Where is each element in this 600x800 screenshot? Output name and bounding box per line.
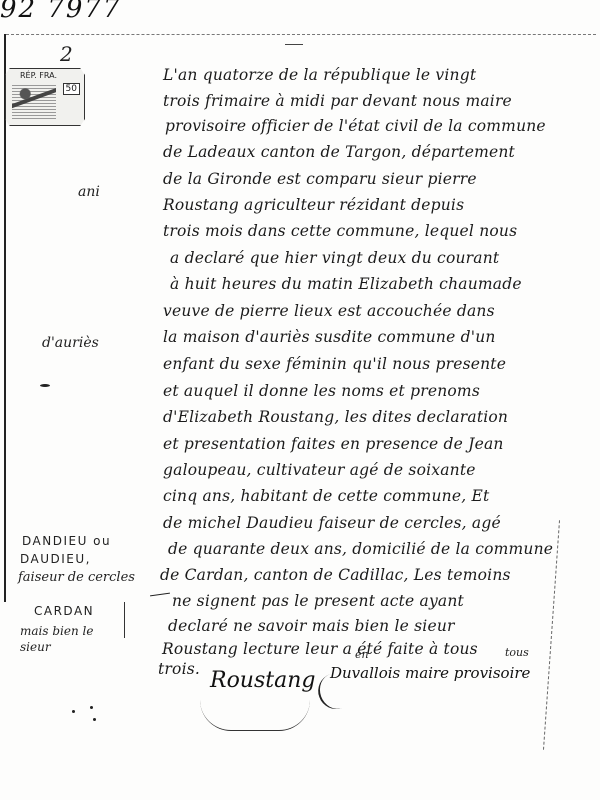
body-line: de la Gironde est comparu sieur pierre xyxy=(163,170,477,188)
ink-speck xyxy=(90,706,93,709)
signature-flourish xyxy=(200,700,310,731)
body-line: à huit heures du matin Elizabeth chaumad… xyxy=(170,275,522,293)
signature-declarant: Roustang xyxy=(210,668,315,693)
body-line: d'Elizabeth Roustang, les dites declarat… xyxy=(163,408,508,426)
body-line: de Cardan, canton de Cadillac, Les temoi… xyxy=(160,566,511,584)
ink-speck xyxy=(40,384,50,387)
body-line: trois mois dans cette commune, lequel no… xyxy=(163,222,517,240)
margin-note: sieur xyxy=(20,640,51,654)
body-line: Roustang agriculteur rézidant depuis xyxy=(163,196,464,214)
margin-note: ani xyxy=(78,184,100,200)
margin-note: DAUDIEU, xyxy=(20,552,91,566)
insertion-arrow xyxy=(150,593,170,597)
body-line: trois. xyxy=(158,660,200,678)
margin-note: faiseur de cercles xyxy=(18,570,135,585)
revenue-stamp: RÉP. FRA. 50 xyxy=(5,68,85,126)
margin-note: CARDAN xyxy=(34,604,94,618)
stamp-value: 50 xyxy=(63,83,80,95)
document-page: 92 7977 RÉP. FRA. 50 2 L'an quatorze de … xyxy=(0,0,600,800)
margin-note: d'auriès xyxy=(42,335,99,351)
body-line: L'an quatorze de la république le vingt xyxy=(163,66,476,84)
body-line: cinq ans, habitant de cette commune, Et xyxy=(163,487,489,505)
margin-note: DANDIEU ou xyxy=(22,534,111,548)
body-line: de michel Daudieu faiseur de cercles, ag… xyxy=(163,514,501,532)
folio-paraph: 2 xyxy=(60,42,73,66)
body-line: ne signent pas le present acte ayant xyxy=(172,592,464,610)
body-line: declaré ne savoir mais bien le sieur xyxy=(168,617,455,635)
interlinear-note: en xyxy=(355,648,369,661)
margin-bracket xyxy=(124,602,125,638)
signature-mayor: Duvallois maire provisoire xyxy=(330,664,530,682)
body-line: et auquel il donne les noms et prenoms xyxy=(163,382,480,400)
stamp-header: RÉP. FRA. xyxy=(20,71,57,80)
interlinear-note: tous xyxy=(505,646,529,659)
body-line: de Ladeaux canton de Targon, département xyxy=(163,143,515,161)
body-line: Roustang lecture leur a été faite à tous xyxy=(162,640,478,658)
body-line: et presentation faites en presence de Je… xyxy=(163,435,504,453)
header-tick xyxy=(285,44,303,45)
margin-note: mais bien le xyxy=(20,624,93,638)
body-line: galoupeau, cultivateur agé de soixante xyxy=(163,461,476,479)
body-line: a declaré que hier vingt deux du courant xyxy=(170,249,499,267)
ink-speck xyxy=(93,718,96,721)
body-line: la maison d'auriès susdite commune d'un xyxy=(163,328,496,346)
body-line: veuve de pierre lieux est accouchée dans xyxy=(163,302,495,320)
body-line: enfant du sexe féminin qu'il nous presen… xyxy=(163,355,506,373)
ink-speck xyxy=(72,710,75,713)
body-line: trois frimaire à midi par devant nous ma… xyxy=(163,92,512,110)
body-line: provisoire officier de l'état civil de l… xyxy=(165,117,546,135)
body-line: de quarante deux ans, domicilié de la co… xyxy=(168,540,553,558)
stamp-figure-icon xyxy=(12,83,56,119)
top-rule xyxy=(6,34,596,35)
reference-number: 92 7977 xyxy=(0,0,122,24)
